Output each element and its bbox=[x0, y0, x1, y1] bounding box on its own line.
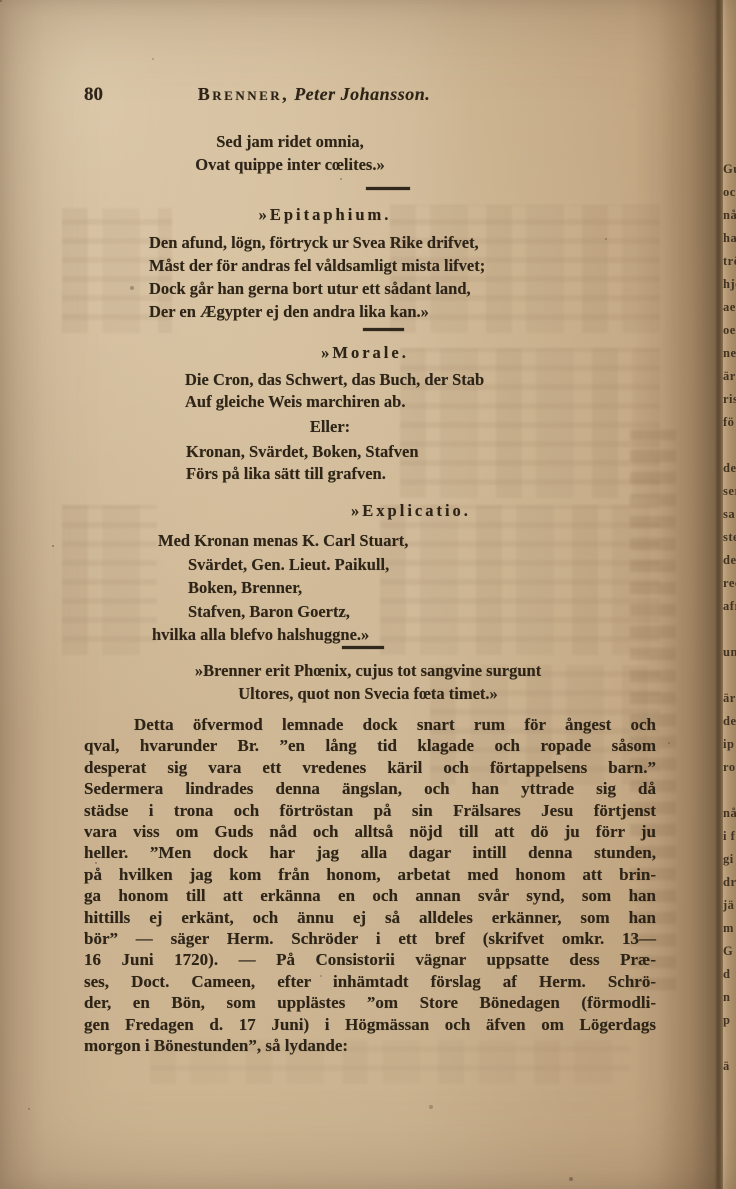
body-line: desperat sig vara ett vredenes käril och… bbox=[84, 757, 656, 778]
explicatio-heading: »Explicatio. bbox=[211, 501, 611, 521]
body-line: städse i trona och förtröstan på sin Frä… bbox=[84, 800, 656, 821]
verse-line: Måst der för andras fel våldsamligt mist… bbox=[149, 254, 485, 277]
section-divider bbox=[342, 646, 384, 649]
verse-line: Kronan, Svärdet, Boken, Stafven bbox=[186, 441, 419, 463]
showthrough-smudge bbox=[380, 505, 660, 655]
running-head-subject: Peter Johansson. bbox=[289, 84, 430, 104]
facing-page-text-fragments: Gu oc nå ha trö hje ael oel ne är ris fö… bbox=[723, 158, 736, 1138]
body-line: 16 Juni 1720). — På Consistorii vägnar u… bbox=[84, 949, 656, 970]
explicatio-list: Med Kronan menas K. Carl Stuart, Svärdet… bbox=[84, 529, 408, 647]
running-head: Brenner, Peter Johansson. bbox=[84, 84, 544, 105]
body-line: Detta öfvermod lemnade dock snart rum fö… bbox=[84, 714, 656, 735]
verse-line: Dock går han gerna bort utur ett sådant … bbox=[149, 277, 485, 300]
verse-line: Den afund, lögn, förtryck ur Svea Rike d… bbox=[149, 231, 485, 254]
opening-quote: Sed jam ridet omnia, Ovat quippe inter c… bbox=[84, 130, 496, 176]
body-line: der, en Bön, som upplästes ”om Store Bön… bbox=[84, 992, 656, 1013]
epitaphium-heading: »Epitaphium. bbox=[125, 205, 525, 225]
running-head-author: Brenner, bbox=[198, 84, 289, 104]
section-divider bbox=[366, 187, 410, 190]
epitaphium-verse: Den afund, lögn, förtryck ur Svea Rike d… bbox=[149, 231, 485, 323]
opening-quote-line: Ovat quippe inter cœlites.» bbox=[84, 153, 496, 176]
phoenix-quote-line: »Brenner erit Phœnix, cujus tot sangvine… bbox=[98, 659, 638, 682]
book-page-scan: 80 Brenner, Peter Johansson. Sed jam rid… bbox=[0, 0, 736, 1189]
body-line: gen Fredagen d. 17 Juni) i Högmässan och… bbox=[84, 1014, 656, 1035]
opening-quote-line: Sed jam ridet omnia, bbox=[84, 130, 496, 153]
body-line: vara viss om Guds nåd och alltså nöjd ti… bbox=[84, 821, 656, 842]
body-line: på hvilken jag kom från honom, arbetat m… bbox=[84, 864, 656, 885]
body-line: hittills ej erkänt, och ännu ej så allde… bbox=[84, 907, 656, 928]
phoenix-quote: »Brenner erit Phœnix, cujus tot sangvine… bbox=[98, 659, 638, 705]
explicatio-line: hvilka alla blefvo halshuggne.» bbox=[152, 623, 408, 647]
body-line: bör” — säger Herm. Schröder i ett bref (… bbox=[84, 928, 656, 949]
phoenix-quote-line: Ultores, quot non Svecia fœta timet.» bbox=[98, 682, 638, 705]
section-divider bbox=[363, 328, 404, 331]
body-line: heller. ”Men dock har jag alla dagar int… bbox=[84, 842, 656, 863]
explicatio-line: Stafven, Baron Goertz, bbox=[188, 600, 408, 624]
body-line: ga honom till att erkänna en och annan s… bbox=[84, 885, 656, 906]
body-line: ses, Doct. Cameen, efter inhämtadt försl… bbox=[84, 971, 656, 992]
body-line: morgon i Bönestunden”, så lydande: bbox=[84, 1035, 656, 1056]
verse-line: Förs på lika sätt till grafven. bbox=[186, 463, 419, 485]
morale-german-verse: Die Cron, das Schwert, das Buch, der Sta… bbox=[185, 369, 484, 413]
verse-line: Der en Ægypter ej den andra lika kan.» bbox=[149, 300, 485, 323]
body-line: qval, hvarunder Br. ”en lång tid klagade… bbox=[84, 735, 656, 756]
morale-eller-label: Eller: bbox=[84, 417, 576, 437]
morale-heading: »Morale. bbox=[165, 343, 565, 363]
gutter-shadow bbox=[658, 0, 714, 1189]
body-paragraph: Detta öfvermod lemnade dock snart rum fö… bbox=[84, 714, 656, 1057]
paper-specks bbox=[0, 0, 2, 2]
explicatio-line: Med Kronan menas K. Carl Stuart, bbox=[158, 529, 408, 553]
morale-swedish-verse: Kronan, Svärdet, Boken, Stafven Förs på … bbox=[186, 441, 419, 485]
explicatio-line: Boken, Brenner, bbox=[188, 576, 408, 600]
verse-line: Die Cron, das Schwert, das Buch, der Sta… bbox=[185, 369, 484, 391]
facing-page-edge: Gu oc nå ha trö hje ael oel ne är ris fö… bbox=[723, 0, 736, 1189]
body-line: Sedermera lindrades denna ängslan, och h… bbox=[84, 778, 656, 799]
verse-line: Auf gleiche Weis marchiren ab. bbox=[185, 391, 484, 413]
binding-crease bbox=[714, 0, 723, 1189]
explicatio-line: Svärdet, Gen. Lieut. Paikull, bbox=[188, 553, 408, 577]
